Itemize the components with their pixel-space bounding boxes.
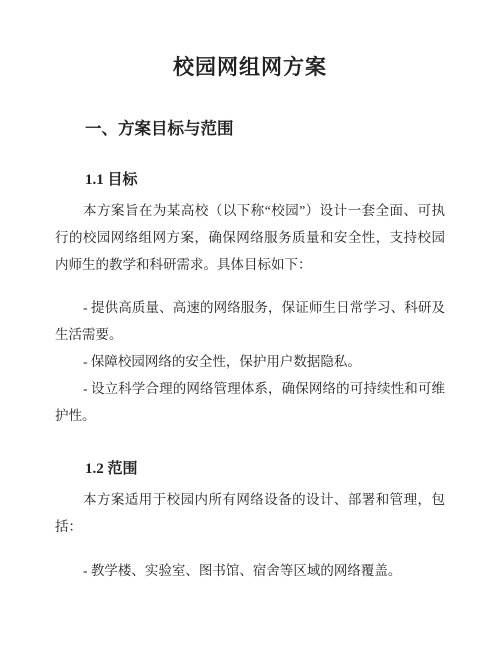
- bullet-item: - 保障校园网络的安全性，保护用户数据隐私。: [55, 348, 445, 375]
- section-1-heading: 一、方案目标与范围: [55, 118, 445, 140]
- objectives-paragraph: 本方案旨在为某高校（以下称“校园”）设计一套全面、可执行的校园网络组网方案，确保…: [55, 197, 445, 278]
- subsection-1-2-heading: 1.2 范围: [55, 459, 445, 480]
- subsection-1-1-heading: 1.1 目标: [55, 170, 445, 191]
- objectives-bullet-list: - 提供高质量、高速的网络服务，保证师生日常学习、科研及生活需要。 - 保障校园…: [55, 294, 445, 429]
- bullet-item: - 教学楼、实验室、图书馆、宿舍等区域的网络覆盖。: [55, 557, 445, 584]
- scope-paragraph: 本方案适用于校园内所有网络设备的设计、部署和管理，包括：: [55, 486, 445, 540]
- document-page: 校园网组网方案 一、方案目标与范围 1.1 目标 本方案旨在为某高校（以下称“校…: [0, 0, 500, 647]
- bullet-item: - 设立科学合理的网络管理体系，确保网络的可持续性和可维护性。: [55, 375, 445, 429]
- document-title: 校园网组网方案: [55, 0, 445, 82]
- bullet-item: - 提供高质量、高速的网络服务，保证师生日常学习、科研及生活需要。: [55, 294, 445, 348]
